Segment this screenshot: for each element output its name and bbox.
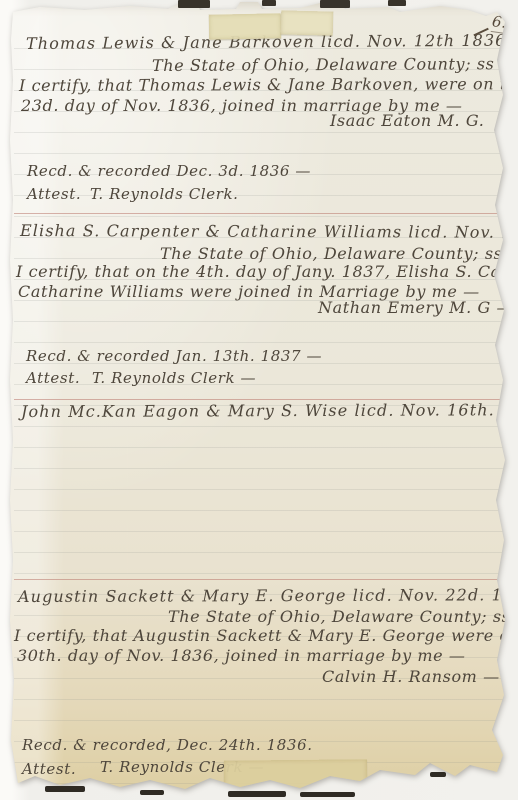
- document-page: Thomas Lewis & Jane Barkoven licd. Nov. …: [0, 0, 518, 800]
- tape-patch-top-right: [281, 10, 334, 35]
- tape-patch-bottom: [224, 759, 367, 791]
- scan-background: Thomas Lewis & Jane Barkoven licd. Nov. …: [0, 0, 518, 800]
- entry3-header: John Mc.Kan Eagon & Mary S. Wise licd. N…: [21, 402, 518, 420]
- entry4-officiant-signature: Calvin H. Ransom —: [322, 669, 500, 685]
- edge-debris: [430, 772, 446, 777]
- entry1-certify-line-1: I certify, that Thomas Lewis & Jane Bark…: [19, 76, 518, 94]
- edge-debris: [45, 786, 85, 792]
- edge-debris: [228, 791, 286, 797]
- edge-debris: [140, 790, 164, 795]
- entry2-certify-line-1: I certify, that on the 4th. day of Jany.…: [16, 264, 518, 280]
- page-number: 6.: [491, 12, 508, 34]
- entry2-clerk-signature: T. Reynolds Clerk —: [92, 371, 256, 386]
- entry2-state-line: The State of Ohio, Delaware County; ss —: [160, 246, 518, 262]
- edge-debris: [300, 792, 355, 797]
- entry4-state-line: The State of Ohio, Delaware County; ss —: [168, 609, 518, 625]
- entry4-certify-line-2: 30th. day of Nov. 1836, joined in marria…: [17, 648, 466, 664]
- entry1-attest-label: Attest.: [27, 187, 81, 202]
- entry1-state-line: The State of Ohio, Delaware County; ss —: [152, 56, 517, 74]
- entry2-header: Elisha S. Carpenter & Catharine Williams…: [20, 223, 518, 241]
- torn-edge-notch: [262, 0, 276, 6]
- red-divider-line: [14, 213, 508, 214]
- torn-edge-notch: [320, 0, 350, 8]
- entry2-attest-label: Attest.: [26, 371, 80, 386]
- entry4-header: Augustin Sackett & Mary E. George licd. …: [18, 587, 518, 605]
- entry1-officiant-signature: Isaac Eaton M. G.: [330, 113, 484, 129]
- entry2-officiant-signature: Nathan Emery M. G —: [318, 300, 513, 316]
- entry2-recorded-line: Recd. & recorded Jan. 13th. 1837 —: [26, 349, 322, 364]
- entry4-recorded-line: Recd. & recorded, Dec. 24th. 1836.: [22, 738, 313, 753]
- entry4-attest-label: Attest.: [22, 762, 76, 777]
- torn-edge-notch: [178, 0, 210, 8]
- red-divider-line: [14, 579, 508, 580]
- entry1-recorded-line: Recd. & recorded Dec. 3d. 1836 —: [27, 164, 311, 179]
- torn-edge-notch: [388, 0, 406, 6]
- entry1-clerk-signature: T. Reynolds Clerk.: [90, 187, 239, 202]
- entry4-certify-line-1: I certify, that Augustin Sackett & Mary …: [14, 628, 518, 644]
- tape-patch-top-left: [209, 13, 282, 40]
